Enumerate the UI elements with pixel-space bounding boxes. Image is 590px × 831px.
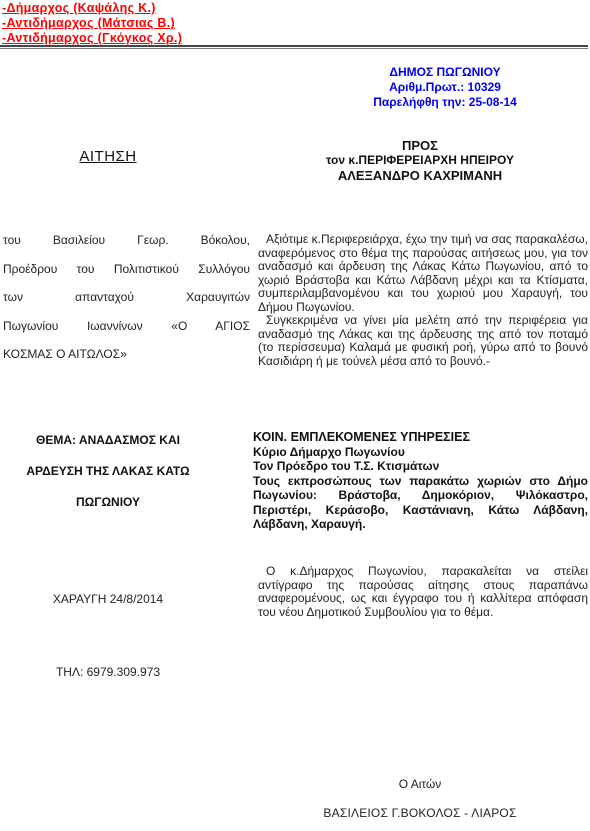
phone-number: ΤΗΛ: 6979.309.973 bbox=[0, 665, 216, 679]
copy-request: Ο κ.Δήμαρχος Πωγωνίου, παρακαλείται να σ… bbox=[258, 565, 588, 619]
addressee-name: ΑΛΕΞΑΝΔΡΟ ΚΑΧΡΙΜΑΝΗ bbox=[250, 168, 590, 183]
sender-block: του Βασιλείου Γεωρ. Βόκολου, Προέδρου το… bbox=[3, 226, 250, 369]
sender-line: Πωγωνίου Ιωαννίνων «Ο ΑΓΙΟΣ bbox=[3, 312, 250, 341]
subject-line: ΠΩΓΩΝΙΟΥ bbox=[0, 487, 216, 518]
body-paragraph: Αξιότιμε κ.Περιφερειάρχα, έχω την τιμή ν… bbox=[258, 233, 588, 314]
municipality-stamp: ΔΗΜΟΣ ΠΩΓΩΝΙΟΥ Αριθμ.Πρωτ.: 10329 Παρελή… bbox=[300, 65, 590, 110]
cc-heading: ΚΟΙΝ. ΕΜΠΛΕΚΟΜΕΝΕΣ ΥΠΗΡΕΣΙΕΣ bbox=[253, 430, 588, 445]
municipality-name: ΔΗΜΟΣ ΠΩΓΩΝΙΟΥ bbox=[300, 65, 590, 80]
received-date: Παρελήφθη την: 25-08-14 bbox=[300, 95, 590, 110]
sender-line: των απανταχού Χαραυγιτών bbox=[3, 283, 250, 312]
header-divider bbox=[0, 45, 588, 49]
cc-item: Τον Πρόεδρο του Τ.Σ. Κτισμάτων bbox=[253, 459, 588, 474]
subject-line: ΑΡΔΕΥΣΗ ΤΗΣ ΛΑΚΑΣ ΚΑΤΩ bbox=[0, 456, 216, 487]
cc-villages: Τους εκπροσώπους των παρακάτω χωριών στο… bbox=[253, 474, 588, 532]
protocol-number: Αριθμ.Πρωτ.: 10329 bbox=[300, 80, 590, 95]
subject-line: ΘΕΜΑ: ΑΝΑΔΑΣΜΟΣ ΚΑΙ bbox=[0, 425, 216, 456]
sender-line: ΚΟΣΜΑΣ Ο ΑΙΤΩΛΟΣ» bbox=[3, 340, 250, 369]
signature-name: ΒΑΣΙΛΕΙΟΣ Γ.ΒΟΚΟΛΟΣ - ΛΙΑΡΟΣ bbox=[250, 806, 590, 820]
copy-request-text: Ο κ.Δήμαρχος Πωγωνίου, παρακαλείται να σ… bbox=[258, 565, 588, 619]
addressee-block: ΠΡΟΣ τον κ.ΠΕΡΙΦΕΡΕΙΑΡΧΗ ΗΠΕΙΡΟΥ ΑΛΕΞΑΝΔ… bbox=[250, 138, 590, 183]
cc-item: Κύριο Δήμαρχο Πωγωνίου bbox=[253, 445, 588, 460]
body-paragraph: Συγκεκριμένα να γίνει μία μελέτη από την… bbox=[258, 314, 588, 368]
recipient-deputy-mayor-2: -Αντιδήμαρχος (Γκόγκος Χρ.) bbox=[2, 31, 182, 46]
sender-line: Προέδρου του Πολιτιστικού Συλλόγου bbox=[3, 255, 250, 284]
sender-line: του Βασιλείου Γεωρ. Βόκολου, bbox=[3, 226, 250, 255]
place-date: ΧΑΡΑΥΓΗ 24/8/2014 bbox=[0, 592, 216, 606]
document-title: ΑΙΤΗΣΗ bbox=[0, 148, 216, 165]
addressee-to: ΠΡΟΣ bbox=[250, 138, 590, 153]
subject-block: ΘΕΜΑ: ΑΝΑΔΑΣΜΟΣ ΚΑΙ ΑΡΔΕΥΣΗ ΤΗΣ ΛΑΚΑΣ ΚΑ… bbox=[0, 425, 216, 518]
addressee-role: τον κ.ΠΕΡΙΦΕΡΕΙΑΡΧΗ ΗΠΕΙΡΟΥ bbox=[250, 153, 590, 168]
recipient-mayor: -Δήμαρχος (Καψάλης Κ.) bbox=[2, 1, 182, 16]
recipient-deputy-mayor-1: -Αντιδήμαρχος (Μάτσιας Β.) bbox=[2, 16, 182, 31]
signature-role: Ο Αιτών bbox=[250, 777, 590, 791]
request-body: Αξιότιμε κ.Περιφερειάρχα, έχω την τιμή ν… bbox=[258, 233, 588, 368]
recipients-list: -Δήμαρχος (Καψάλης Κ.) -Αντιδήμαρχος (Μά… bbox=[2, 1, 182, 46]
cc-block: ΚΟΙΝ. ΕΜΠΛΕΚΟΜΕΝΕΣ ΥΠΗΡΕΣΙΕΣ Κύριο Δήμαρ… bbox=[253, 430, 588, 532]
